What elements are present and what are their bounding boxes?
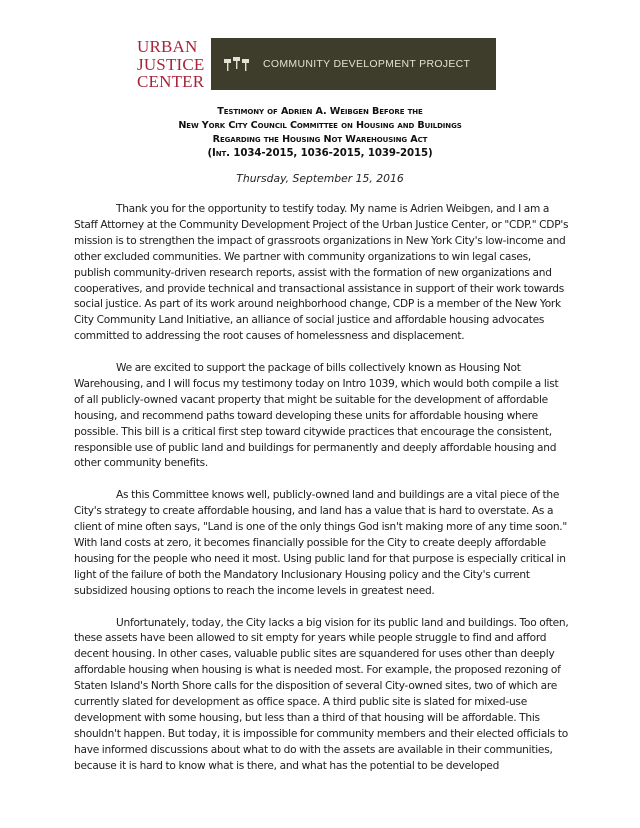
cdp-banner: COMMUNITY DEVELOPMENT PROJECT [211, 38, 496, 90]
logo-line-center: CENTER [137, 73, 207, 90]
project-name: COMMUNITY DEVELOPMENT PROJECT [263, 58, 470, 70]
signs-icon [223, 56, 251, 72]
logo-line-justice: JUSTICE [137, 56, 207, 73]
paragraph-support: We are excited to support the package of… [74, 361, 570, 472]
testimony-date: Thursday, September 15, 2016 [0, 172, 640, 185]
logo-line-urban: URBAN [137, 38, 207, 55]
heading-line-1: Testimony of Adrien A. Weibgen Before th… [0, 105, 640, 119]
heading-line-4: (Int. 1034-2015, 1036-2015, 1039-2015) [0, 147, 640, 161]
letterhead: URBAN JUSTICE CENTER COMMUNITY DEVELOPME… [137, 38, 496, 90]
document-body: Thank you for the opportunity to testify… [74, 202, 570, 790]
paragraph-vision: Unfortunately, today, the City lacks a b… [74, 616, 570, 775]
document-heading: Testimony of Adrien A. Weibgen Before th… [0, 105, 640, 161]
paragraph-intro: Thank you for the opportunity to testify… [74, 202, 570, 345]
urban-justice-center-logo: URBAN JUSTICE CENTER [137, 38, 207, 90]
document-page: URBAN JUSTICE CENTER COMMUNITY DEVELOPME… [0, 0, 640, 828]
heading-line-3: Regarding the Housing Not Warehousing Ac… [0, 133, 640, 147]
heading-line-2: New York City Council Committee on Housi… [0, 119, 640, 133]
paragraph-public-land: As this Committee knows well, publicly-o… [74, 488, 570, 599]
